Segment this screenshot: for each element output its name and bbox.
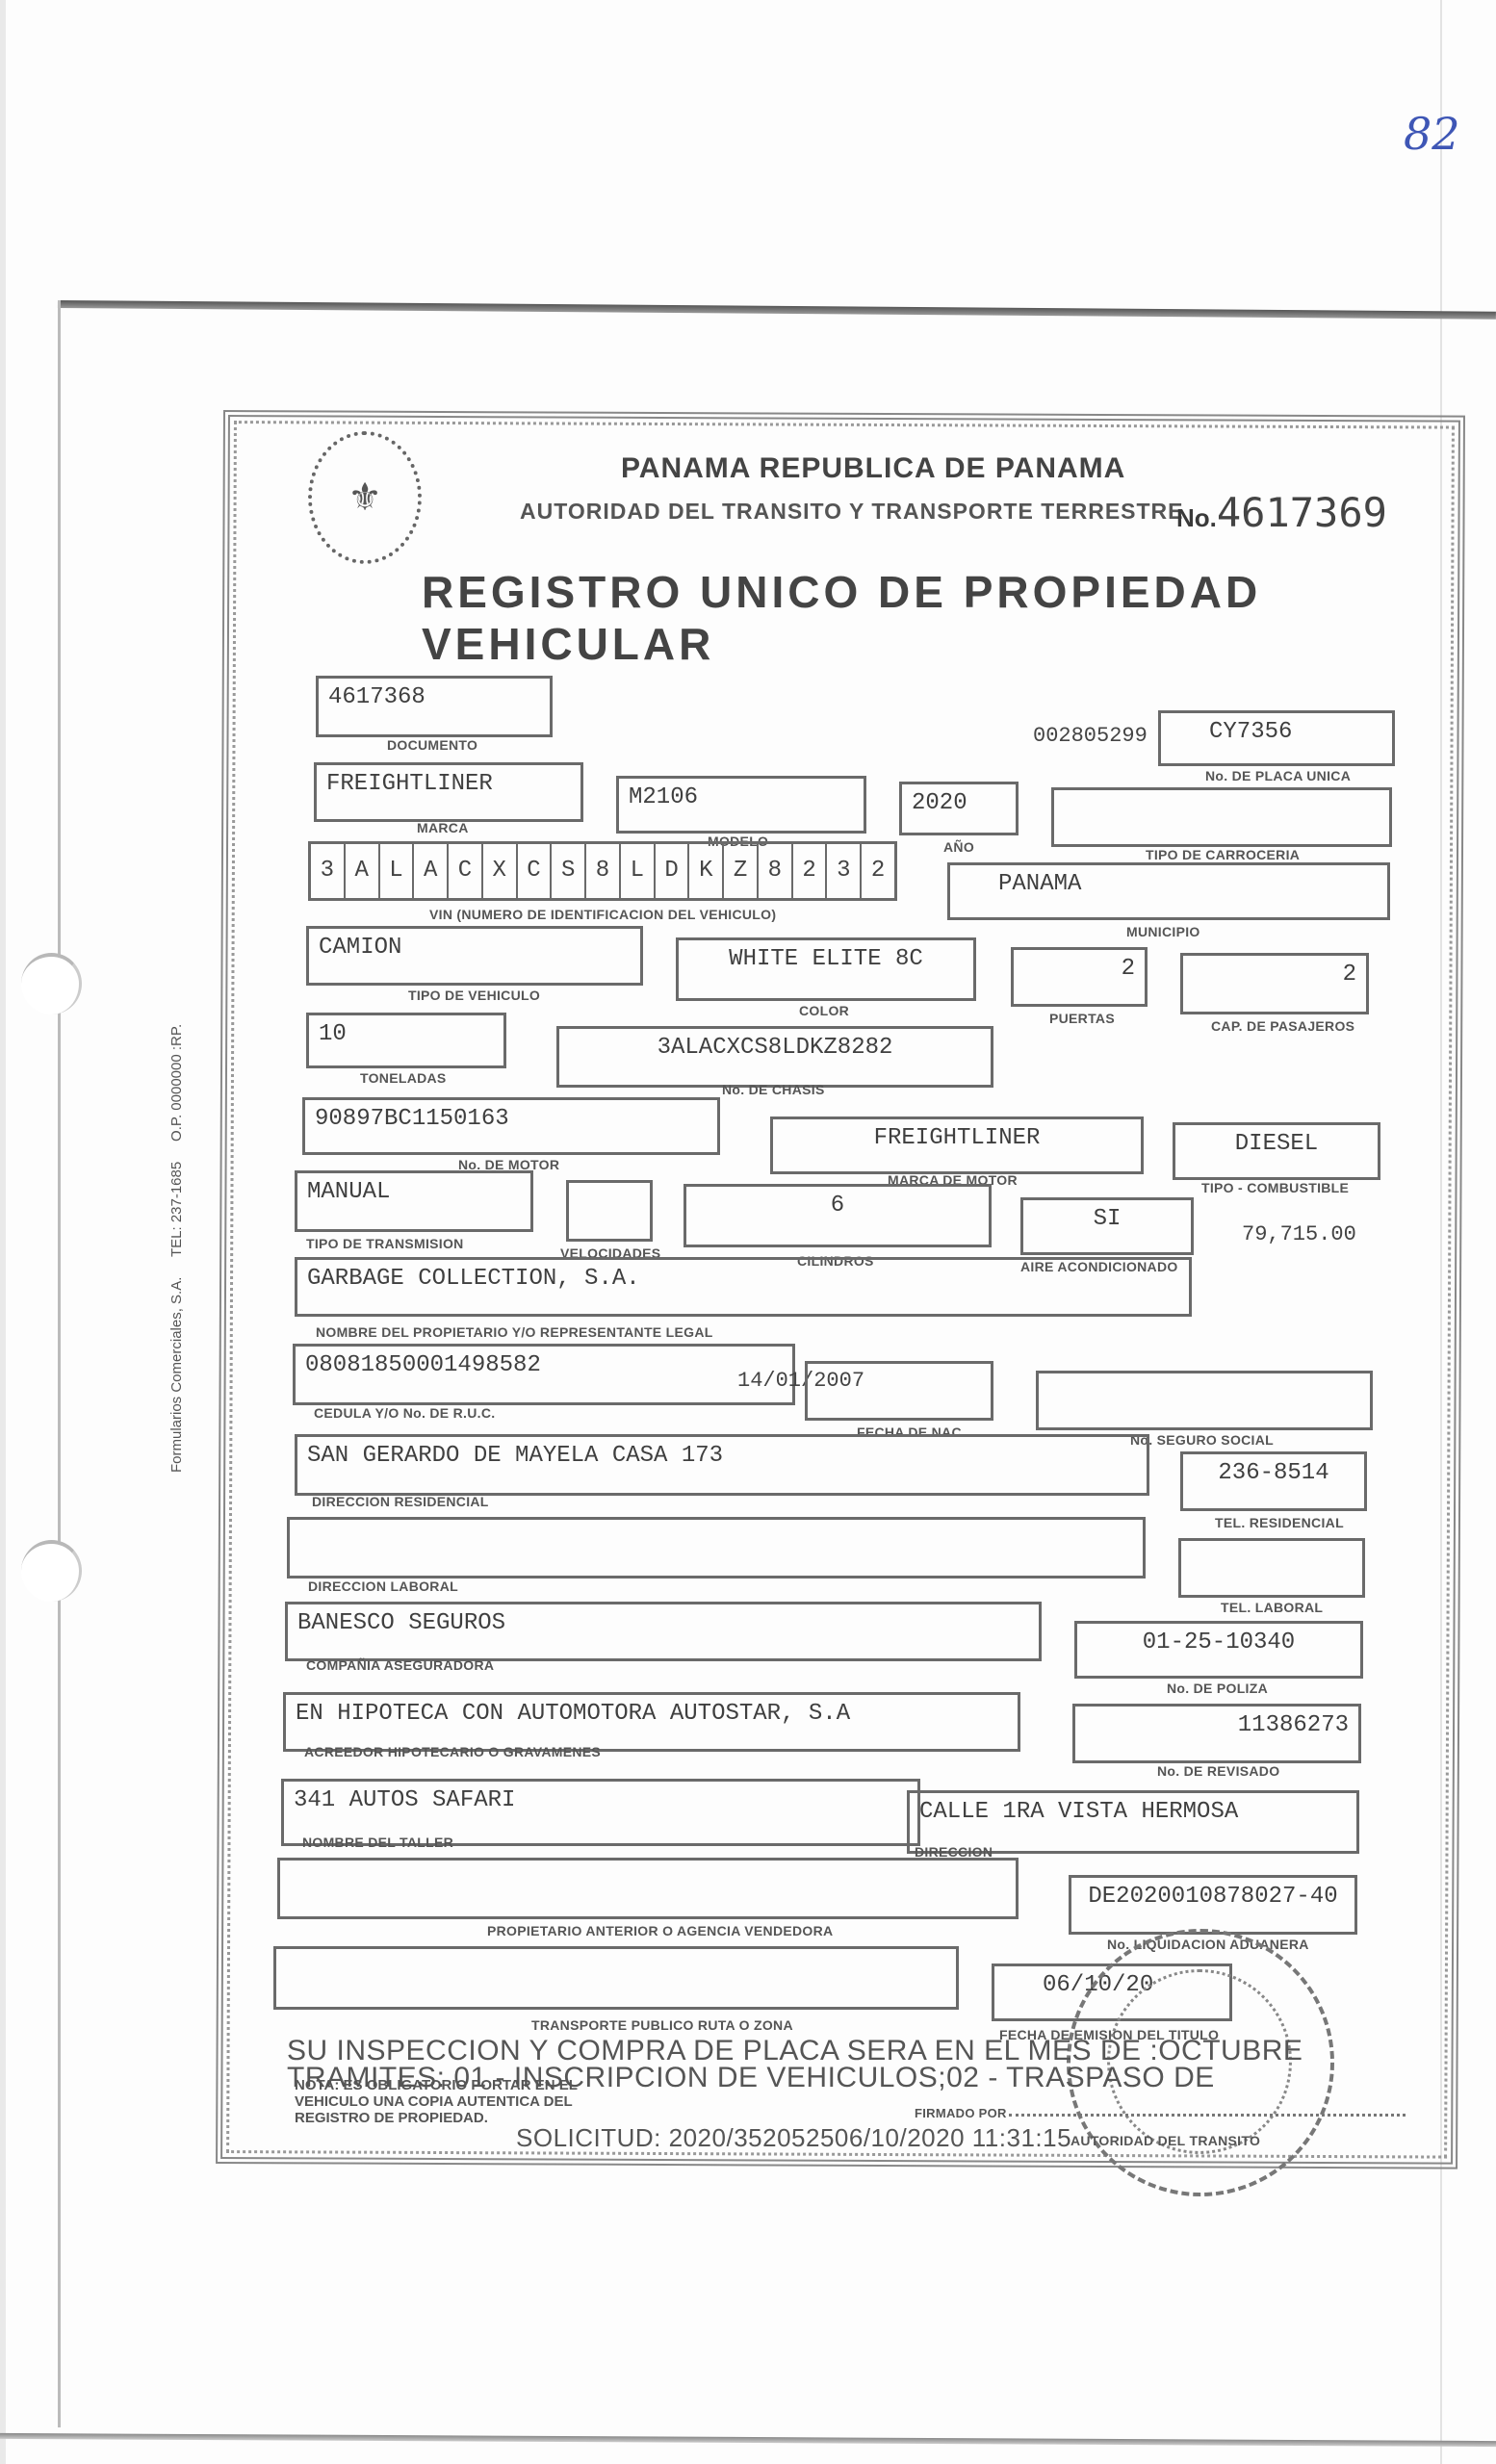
- puertas-field: 2: [1011, 947, 1148, 1007]
- propietario-label: NOMBRE DEL PROPIETARIO Y/O REPRESENTANTE…: [316, 1324, 713, 1340]
- pasajeros-field: 2: [1180, 953, 1369, 1014]
- anio-label: AÑO: [943, 839, 974, 855]
- page-title: REGISTRO UNICO DE PROPIEDAD VEHICULAR: [422, 566, 1496, 670]
- chasis-label: No. DE CHASIS: [722, 1082, 825, 1097]
- transmision-field: MANUAL: [295, 1170, 533, 1232]
- vin-char-cell: C: [518, 844, 553, 898]
- tel-laboral-label: TEL. LABORAL: [1221, 1600, 1323, 1615]
- transporte-publico-label: TRANSPORTE PUBLICO RUTA O ZONA: [531, 2017, 793, 2033]
- direccion-laboral-field: [287, 1517, 1146, 1578]
- vin-char-cell: 8: [759, 844, 793, 898]
- tipo-vehiculo-label: TIPO DE VEHICULO: [408, 988, 540, 1003]
- transmision-label: TIPO DE TRANSMISION: [306, 1236, 464, 1251]
- vin-char-cell: 2: [793, 844, 828, 898]
- handwritten-page-number: 82: [1404, 108, 1460, 160]
- acreedor-label: ACREEDOR HIPOTECARIO O GRAVAMENES: [304, 1744, 601, 1759]
- toneladas-field: 10: [306, 1013, 506, 1068]
- taller-label: NOMBRE DEL TALLER: [302, 1835, 453, 1850]
- printer-info: Formularios Comerciales, S.A. TEL: 237-1…: [168, 1024, 185, 1473]
- vin-char-cell: D: [656, 844, 690, 898]
- document-number-value: 4617369: [1217, 489, 1387, 536]
- marca-label: MARCA: [417, 820, 469, 835]
- seguro-social-field: [1036, 1371, 1373, 1430]
- document-number-prefix: No.: [1176, 503, 1217, 532]
- color-field: WHITE ELITE 8C: [676, 937, 976, 1001]
- anio-field: 2020: [899, 782, 1019, 835]
- plate-reference: 002805299: [1033, 724, 1148, 748]
- header-authority: AUTORIDAD DEL TRANSITO Y TRANSPORTE TERR…: [520, 499, 1184, 525]
- page-top-edge: [58, 300, 1496, 320]
- vin-char-cell: 2: [862, 844, 894, 898]
- vin-field: 3ALACXCS8LDKZ8232: [308, 841, 897, 901]
- cedula-label: CEDULA Y/O No. DE R.U.C.: [314, 1405, 495, 1421]
- tel-laboral-field: [1178, 1538, 1365, 1598]
- placa-field: CY7356: [1158, 710, 1395, 766]
- fecha-nac-field: [805, 1361, 993, 1421]
- coat-of-arms-icon: ⚜: [308, 431, 422, 564]
- transporte-publico-field: [273, 1946, 959, 2010]
- printer-order: O.P. 0000000 :RP.: [168, 1024, 185, 1142]
- tipo-vehiculo-field: CAMION: [306, 926, 643, 986]
- header-country: PANAMA REPUBLICA DE PANAMA: [621, 452, 1125, 485]
- printer-phone: TEL: 237-1685: [168, 1162, 185, 1257]
- direccion-residencial-field: SAN GERARDO DE MAYELA CASA 173: [295, 1434, 1149, 1496]
- vin-char-cell: A: [414, 844, 449, 898]
- placa-value: CY7356: [1171, 719, 1292, 745]
- tel-residencial-label: TEL. RESIDENCIAL: [1215, 1515, 1344, 1530]
- vin-char-cell: X: [483, 844, 518, 898]
- direccion-laboral-label: DIRECCION LABORAL: [308, 1578, 458, 1594]
- vin-char-cell: 3: [827, 844, 862, 898]
- vin-char-cell: L: [380, 844, 415, 898]
- vin-char-cell: S: [552, 844, 586, 898]
- propietario-anterior-label: PROPIETARIO ANTERIOR O AGENCIA VENDEDORA: [487, 1923, 833, 1938]
- aseguradora-label: COMPAÑIA ASEGURADORA: [306, 1657, 494, 1673]
- vin-char-cell: C: [449, 844, 483, 898]
- cilindros-field: 6: [684, 1184, 992, 1247]
- toneladas-label: TONELADAS: [360, 1070, 447, 1086]
- vin-char-cell: K: [689, 844, 724, 898]
- modelo-field: M2106: [616, 776, 866, 834]
- aseguradora-field: BANESCO SEGUROS: [285, 1602, 1042, 1661]
- carroceria-label: TIPO DE CARROCERIA: [1146, 847, 1300, 862]
- revisado-label: No. DE REVISADO: [1157, 1763, 1279, 1779]
- solicitud-line: SOLICITUD: 2020/352052506/10/2020 11:31:…: [516, 2123, 1071, 2153]
- propietario-field: GARBAGE COLLECTION, S.A.: [295, 1257, 1192, 1317]
- propietario-anterior-field: [277, 1858, 1019, 1919]
- direccion-residencial-label: DIRECCION RESIDENCIAL: [312, 1494, 489, 1509]
- poliza-label: No. DE POLIZA: [1167, 1681, 1268, 1696]
- punch-hole-icon: [21, 1540, 82, 1602]
- seguro-social-label: No. SEGURO SOCIAL: [1130, 1432, 1274, 1448]
- motor-field: 90897BC1150163: [302, 1097, 720, 1155]
- municipio-label: MUNICIPIO: [1126, 924, 1200, 939]
- placa-label: No. DE PLACA UNICA: [1205, 768, 1351, 783]
- vin-char-cell: 8: [586, 844, 621, 898]
- poliza-field: 01-25-10340: [1074, 1621, 1363, 1679]
- liquidacion-field: DE2020010878027-40: [1069, 1875, 1357, 1935]
- cedula-field: 08081850001498582: [293, 1344, 795, 1405]
- vin-char-cell: Z: [724, 844, 759, 898]
- aire-field: SI: [1020, 1197, 1194, 1255]
- puertas-label: PUERTAS: [1049, 1011, 1115, 1026]
- revisado-field: 11386273: [1072, 1704, 1361, 1763]
- color-label: COLOR: [799, 1003, 849, 1018]
- tel-residencial-field: 236-8514: [1180, 1451, 1367, 1511]
- vin-label: VIN (NUMERO DE IDENTIFICACION DEL VEHICU…: [429, 907, 776, 922]
- chasis-field: 3ALACXCS8LDKZ8282: [556, 1026, 993, 1088]
- vin-char-cell: A: [346, 844, 380, 898]
- punch-hole-icon: [21, 953, 82, 1014]
- vin-char-cell: 3: [311, 844, 346, 898]
- documento-field: 4617368: [316, 676, 553, 737]
- combustible-field: DIESEL: [1173, 1122, 1380, 1180]
- combustible-label: TIPO - COMBUSTIBLE: [1201, 1180, 1349, 1195]
- pasajeros-label: CAP. DE PASAJEROS: [1211, 1018, 1354, 1034]
- signature-line: [1009, 2114, 1406, 2117]
- document-number: No.4617369: [1176, 489, 1387, 536]
- marca-field: FREIGHTLINER: [314, 762, 583, 822]
- documento-label: DOCUMENTO: [387, 737, 477, 753]
- page-left-edge: [58, 300, 61, 2427]
- acreedor-field: EN HIPOTECA CON AUTOMOTORA AUTOSTAR, S.A: [283, 1692, 1020, 1752]
- carroceria-field: [1051, 787, 1392, 847]
- municipio-field: PANAMA: [947, 862, 1390, 920]
- velocidades-field: [566, 1180, 653, 1242]
- scan-left-edge: [0, 0, 6, 2464]
- printer-name: Formularios Comerciales, S.A.: [168, 1277, 185, 1473]
- municipio-value: PANAMA: [960, 871, 1081, 897]
- marca-motor-field: FREIGHTLINER: [770, 1116, 1144, 1174]
- firmado-por-label: FIRMADO POR: [915, 2106, 1007, 2120]
- nota-obligatoria: NOTA: ES OBLIGATORIO PORTAR EN EL VEHICU…: [295, 2077, 583, 2126]
- autoridad-label: AUTORIDAD DEL TRANSITO: [1070, 2133, 1260, 2148]
- page-bottom-edge: [0, 2433, 1496, 2447]
- vin-char-cell: L: [621, 844, 656, 898]
- valor-value: 79,715.00: [1242, 1222, 1356, 1246]
